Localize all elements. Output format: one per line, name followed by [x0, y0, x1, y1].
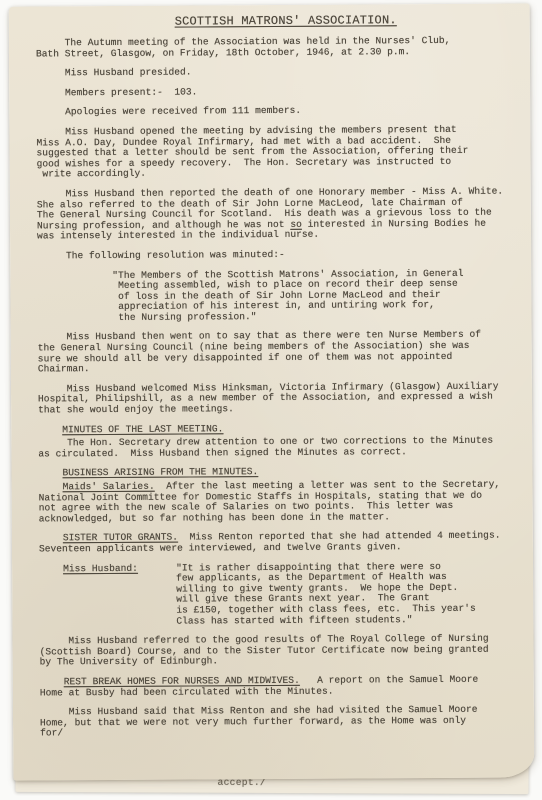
sister-tutor-line-2: Seventeen applicants were interviewed, a…: [39, 542, 505, 555]
scan-backdrop: accept./ SCOTTISH MATRONS' ASSOCIATION. …: [0, 0, 542, 800]
paragraph-members-present: Members present:- 103.: [36, 85, 502, 98]
rest-break-rest: A report on the Samuel Moore: [300, 674, 479, 686]
paragraph-gnc-chairman: Miss Husband then went on to say that as…: [38, 330, 504, 375]
paragraph-deaths-end: was intensely interested in the individu…: [37, 229, 503, 242]
document-title: SCOTTISH MATRONS' ASSOCIATION.: [36, 13, 502, 30]
paragraph-resolution-intro: The following resolution was minuted:-: [37, 248, 503, 261]
paragraph-presided: Miss Husband presided.: [36, 66, 502, 79]
maids-salaries-continuation: National Joint Committee for Domestic St…: [39, 490, 505, 525]
heading-minutes-of-last-meeting: MINUTES OF THE LAST MEETING.: [62, 422, 504, 435]
paragraph-meeting-details: The Autumn meeting of the Association wa…: [36, 36, 502, 60]
speaker-quote-block: Miss Husband: "It is rather disappointin…: [39, 561, 505, 627]
paragraph-samuel-moore-visit: Miss Husband said that Miss Renton and s…: [40, 705, 506, 740]
heading-business-arising: BUSINESS ARISING FROM THE MINUTES.: [62, 466, 504, 479]
document-body: SCOTTISH MATRONS' ASSOCIATION. The Autum…: [9, 3, 534, 739]
paragraph-minutes-corrections: The Hon. Secretary drew attention to one…: [38, 436, 504, 460]
paragraph-day-accident: Miss Husband opened the meeting by advis…: [36, 125, 502, 181]
paragraph-maids-salaries: Maids' Salaries. After the last meeting …: [39, 480, 505, 525]
resolution-quote: "The Members of the Scottish Matrons' As…: [112, 268, 503, 323]
rest-break-line-2: Home at Busby had been circulated with t…: [40, 685, 506, 698]
maids-salaries-lead: Maids' Salaries.: [63, 481, 155, 493]
paragraph-new-member-welcome: Miss Husband welcomed Miss Hinksman, Vic…: [38, 381, 504, 416]
speaker-speech-text: "It is rather disappointing that there w…: [176, 561, 476, 626]
paragraph-deaths: Miss Husband then reported the death of …: [37, 187, 503, 243]
document-sheet: SCOTTISH MATRONS' ASSOCIATION. The Autum…: [9, 3, 535, 780]
paragraph-rcn-course: Miss Husband referred to the good result…: [39, 634, 505, 669]
deaths-line-post: interested in Nursing Bodies he: [302, 217, 486, 229]
underlined-word-so: so: [290, 219, 302, 230]
paragraph-deaths-top: Miss Husband then reported the death of …: [37, 187, 503, 222]
paragraph-sister-tutor-grants: SISTER TUTOR GRANTS. Miss Renton reporte…: [39, 531, 505, 555]
next-page-text-fragment: accept./: [218, 778, 267, 789]
paragraph-rest-break-homes: REST BREAK HOMES FOR NURSES AND MIDWIVES…: [40, 674, 506, 698]
speaker-label: Miss Husband:: [63, 563, 176, 627]
paragraph-apologies: Apologies were received from 111 members…: [36, 105, 502, 118]
